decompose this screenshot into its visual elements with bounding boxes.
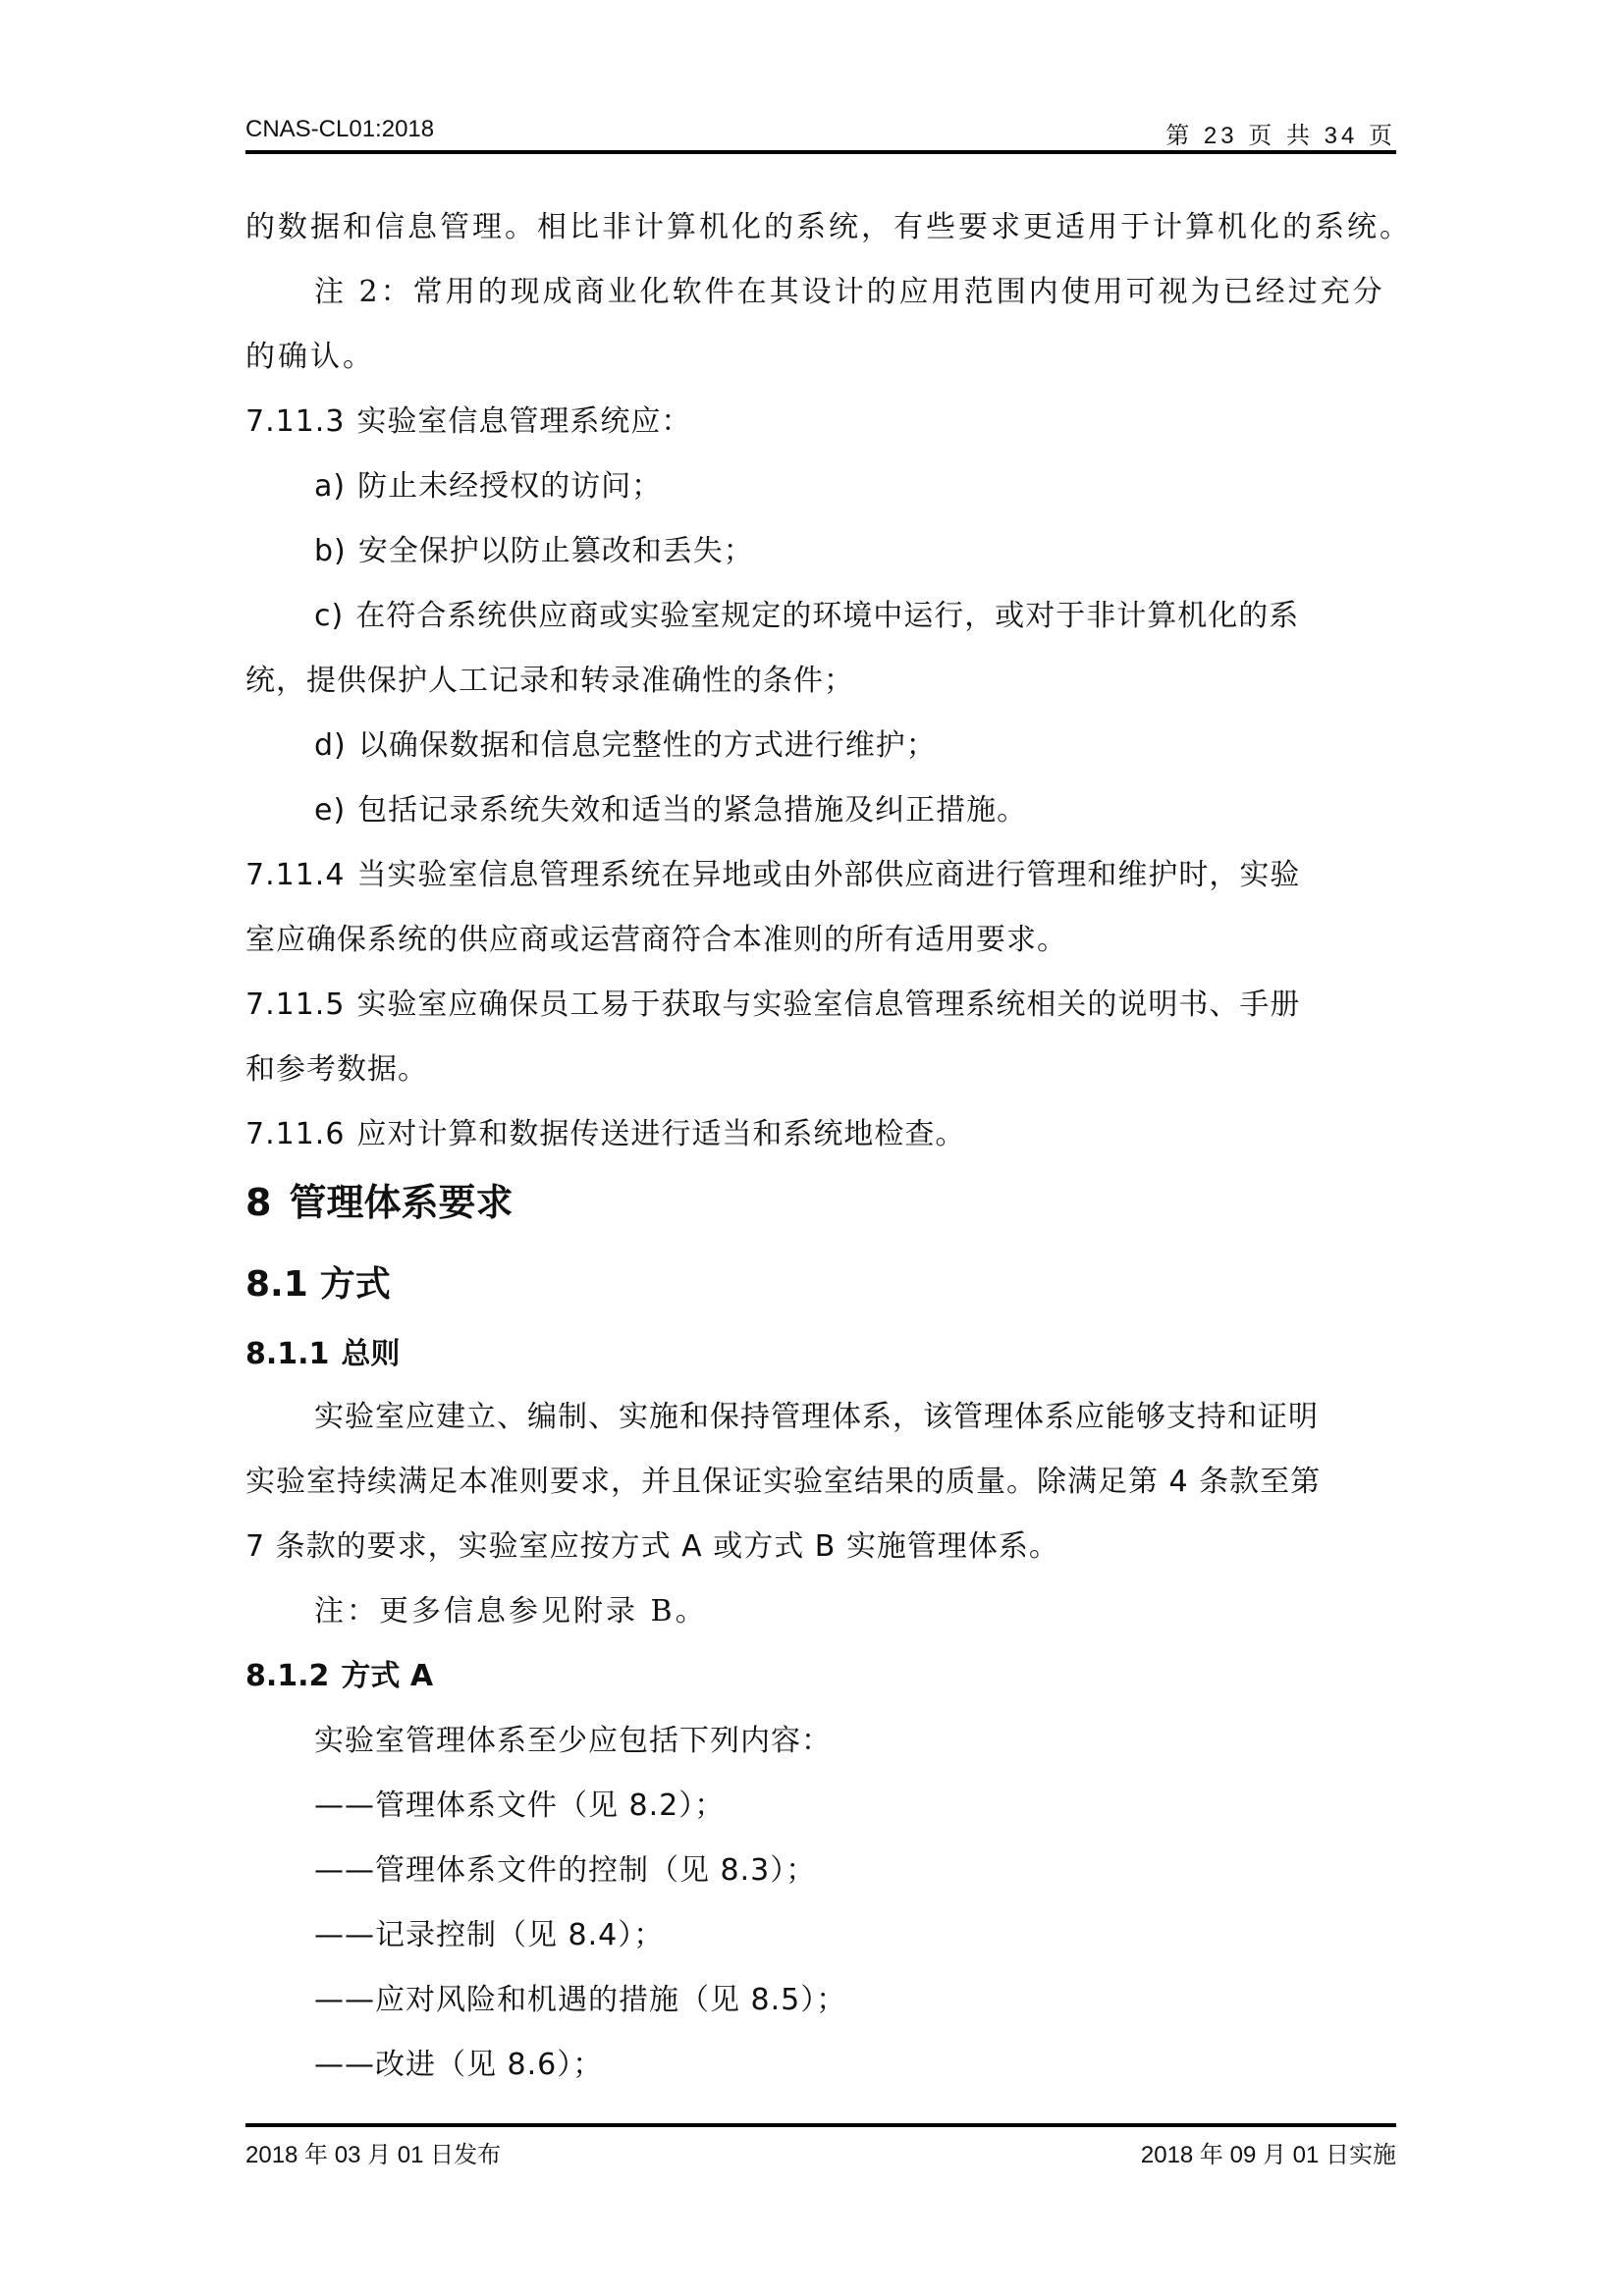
clause-7-11-4-continued: 室应确保系统的供应商或运营商符合本准则的所有适用要求。 [245, 921, 1067, 960]
document-page: CNAS-CL01:2018 第 23 页 共 34 页 的数据和信息管理。相比… [0, 0, 1624, 2296]
heading-text: 管理体系要求 [289, 1181, 513, 1224]
note-8-1-1: 注：更多信息参见附录 B。 [314, 1592, 708, 1631]
list-item: ——记录控制（见 8.4）； [314, 1916, 664, 1955]
note-2-line-1: 注 2：常用的现成商业化软件在其设计的应用范围内使用可视为已经过充分 [314, 273, 1385, 312]
heading-number: 8.1.2 [245, 1659, 329, 1693]
heading-8-1-2: 8.1.2方式 A [245, 1657, 433, 1696]
paragraph-8-1-1-line-2: 实验室持续满足本准则要求，并且保证实验室结果的质量。除满足第 4 条款至第 [245, 1463, 1321, 1502]
heading-text: 总则 [341, 1337, 400, 1371]
clause-number: 7.11.3 [245, 404, 345, 439]
clause-7-11-6: 7.11.6应对计算和数据传送进行适当和系统地检查。 [245, 1115, 965, 1154]
clause-7-11-5: 7.11.5实验室应确保员工易于获取与实验室信息管理系统相关的说明书、手册 [245, 986, 1300, 1025]
footer-rule [245, 2123, 1396, 2127]
heading-number: 8.1 [245, 1264, 308, 1305]
item-text: 安全保护以防止篡改和丢失； [358, 534, 754, 568]
clause-text: 应对计算和数据传送进行适当和系统地检查。 [356, 1117, 965, 1151]
list-item: ——管理体系文件（见 8.2）； [314, 1787, 725, 1826]
item-label: b) [314, 534, 347, 568]
effective-date: 2018 年 09 月 01 日实施 [1141, 2135, 1396, 2169]
item-text: 在符合系统供应商或实验室规定的环境中运行，或对于非计算机化的系 [355, 599, 1299, 633]
header-rule [245, 150, 1396, 154]
item-text: 包括记录系统失效和适当的紧急措施及纠正措施。 [357, 793, 1027, 828]
paragraph-8-1-1-line-3: 7 条款的要求，实验室应按方式 A 或方式 B 实施管理体系。 [245, 1527, 1059, 1567]
list-item-d: d)以确保数据和信息完整性的方式进行维护； [314, 726, 937, 766]
list-item-a: a)防止未经授权的访问； [314, 467, 662, 507]
list-item-e: e)包括记录系统失效和适当的紧急措施及纠正措施。 [314, 791, 1027, 830]
clause-7-11-5-continued: 和参考数据。 [245, 1050, 428, 1090]
heading-number: 8.1.1 [245, 1337, 329, 1371]
list-item-c: c)在符合系统供应商或实验室规定的环境中运行，或对于非计算机化的系 [314, 597, 1299, 636]
list-item: ——改进（见 8.6）； [314, 2046, 603, 2085]
item-text: 防止未经授权的访问； [357, 469, 662, 504]
list-item: ——管理体系文件的控制（见 8.3）； [314, 1851, 816, 1891]
page-header: CNAS-CL01:2018 第 23 页 共 34 页 [245, 110, 1396, 149]
issue-date: 2018 年 03 月 01 日发布 [245, 2135, 501, 2169]
clause-7-11-4: 7.11.4当实验室信息管理系统在异地或由外部供应商进行管理和维护时，实验 [245, 856, 1300, 895]
clause-number: 7.11.5 [245, 988, 345, 1022]
item-label: e) [314, 793, 346, 828]
item-label: d) [314, 728, 347, 763]
paragraph-continued: 的数据和信息管理。相比非计算机化的系统，有些要求更适用于计算机化的系统。 [245, 208, 1412, 247]
heading-text: 方式 A [341, 1659, 433, 1693]
clause-text: 实验室应确保员工易于获取与实验室信息管理系统相关的说明书、手册 [356, 988, 1300, 1022]
clause-text: 实验室信息管理系统应： [356, 404, 691, 439]
item-label: a) [314, 469, 346, 504]
paragraph-8-1-1-line-1: 实验室应建立、编制、实施和保持管理体系，该管理体系应能够支持和证明 [314, 1398, 1319, 1437]
clause-text: 当实验室信息管理系统在异地或由外部供应商进行管理和维护时，实验 [356, 858, 1300, 892]
clause-number: 7.11.6 [245, 1117, 345, 1151]
heading-8-1: 8.1方式 [245, 1260, 391, 1309]
list-item-b: b)安全保护以防止篡改和丢失； [314, 532, 754, 571]
heading-text: 方式 [320, 1264, 391, 1305]
page-number: 第 23 页 共 34 页 [1165, 116, 1396, 150]
doc-code: CNAS-CL01:2018 [245, 116, 434, 143]
note-2-line-2: 的确认。 [245, 338, 375, 377]
clause-7-11-3: 7.11.3实验室信息管理系统应： [245, 402, 691, 442]
paragraph-8-1-2-intro: 实验室管理体系至少应包括下列内容： [314, 1722, 832, 1761]
list-item: ——应对风险和机遇的措施（见 8.5）； [314, 1981, 846, 2020]
item-text: 以确保数据和信息完整性的方式进行维护； [358, 728, 937, 763]
heading-8-1-1: 8.1.1总则 [245, 1335, 400, 1374]
item-label: c) [314, 599, 344, 633]
list-item-c-continued: 统，提供保护人工记录和转录准确性的条件； [245, 662, 854, 701]
heading-number: 8 [245, 1181, 271, 1224]
page-footer: 2018 年 03 月 01 日发布 2018 年 09 月 01 日实施 [245, 2135, 1396, 2170]
clause-number: 7.11.4 [245, 858, 345, 892]
heading-section-8: 8管理体系要求 [245, 1178, 513, 1227]
